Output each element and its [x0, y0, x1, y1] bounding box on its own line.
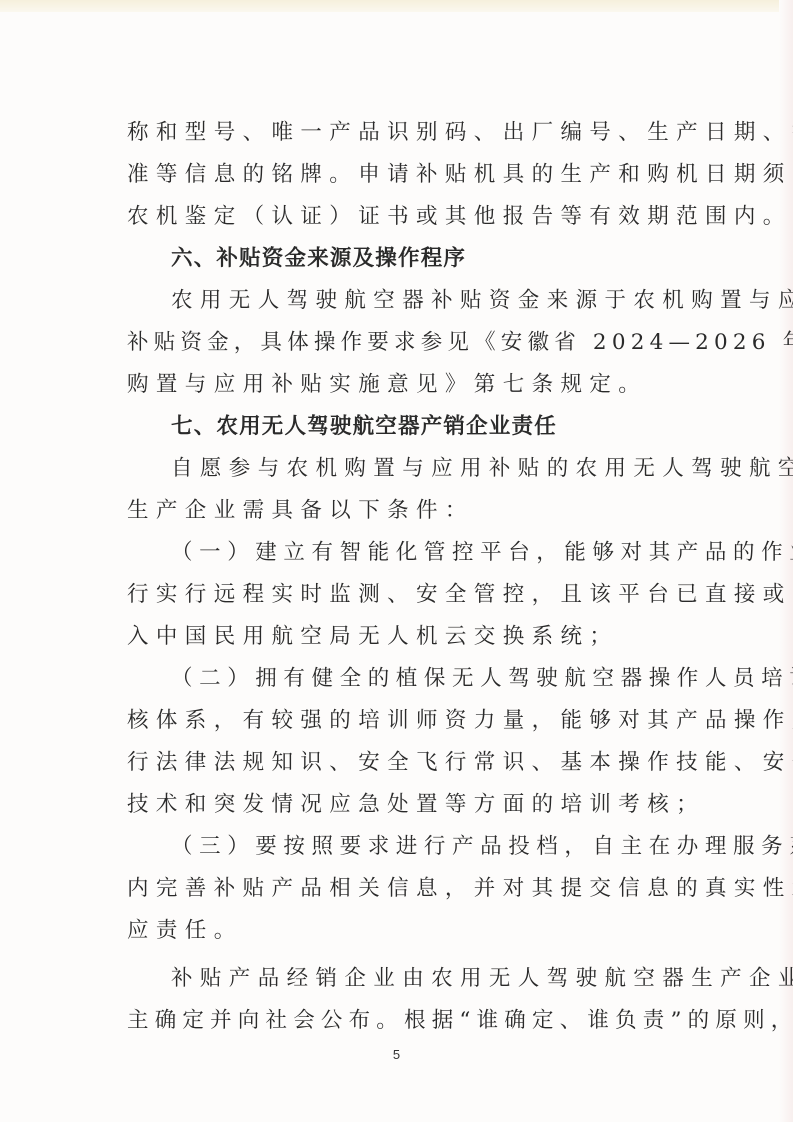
text-line: 购置与应用补贴实施意见》第七条规定。	[127, 364, 682, 406]
document-page: 称和型号、唯一产品识别码、出厂编号、生产日期、执行标 准等信息的铭牌。申请补贴机…	[127, 112, 682, 1042]
text-line: 主确定并向社会公布。根据“谁确定、谁负责”的原则，农	[127, 1000, 682, 1042]
text-line: （二）拥有健全的植保无人驾驶航空器操作人员培训考	[127, 658, 682, 700]
text-line: 行实行远程实时监测、安全管控，且该平台已直接或间接接	[127, 574, 682, 616]
text-line: 农用无人驾驶航空器补贴资金来源于农机购置与应用	[127, 280, 682, 322]
section-heading-6: 六、补贴资金来源及操作程序	[127, 238, 682, 280]
text-line: 自愿参与农机购置与应用补贴的农用无人驾驶航空器	[127, 448, 682, 490]
text-line: 准等信息的铭牌。申请补贴机具的生产和购机日期须同时在	[127, 154, 682, 196]
text-line: 补贴产品经销企业由农用无人驾驶航空器生产企业自	[127, 958, 682, 1000]
text-line: 核体系，有较强的培训师资力量，能够对其产品操作人员进	[127, 700, 682, 742]
text-line: 技术和突发情况应急处置等方面的培训考核；	[127, 784, 682, 826]
text-line: 入中国民用航空局无人机云交换系统；	[127, 616, 682, 658]
text-line: 生产企业需具备以下条件：	[127, 490, 682, 532]
text-line: 农机鉴定（认证）证书或其他报告等有效期范围内。	[127, 196, 682, 238]
scan-top-edge	[0, 0, 793, 12]
text-line: 称和型号、唯一产品识别码、出厂编号、生产日期、执行标	[127, 112, 682, 154]
text-line: （三）要按照要求进行产品投档，自主在办理服务系统	[127, 826, 682, 868]
text-line: （一）建立有智能化管控平台，能够对其产品的作业飞	[127, 532, 682, 574]
section-heading-7: 七、农用无人驾驶航空器产销企业责任	[127, 406, 682, 448]
text-line: 行法律法规知识、安全飞行常识、基本操作技能、安全用药	[127, 742, 682, 784]
text-line: 补贴资金，具体操作要求参见《安徽省 2024—2026 年农机	[127, 322, 682, 364]
page-number: 5	[0, 1047, 793, 1062]
text-line: 内完善补贴产品相关信息，并对其提交信息的真实性承担相	[127, 868, 682, 910]
text-line: 应责任。	[127, 910, 682, 952]
